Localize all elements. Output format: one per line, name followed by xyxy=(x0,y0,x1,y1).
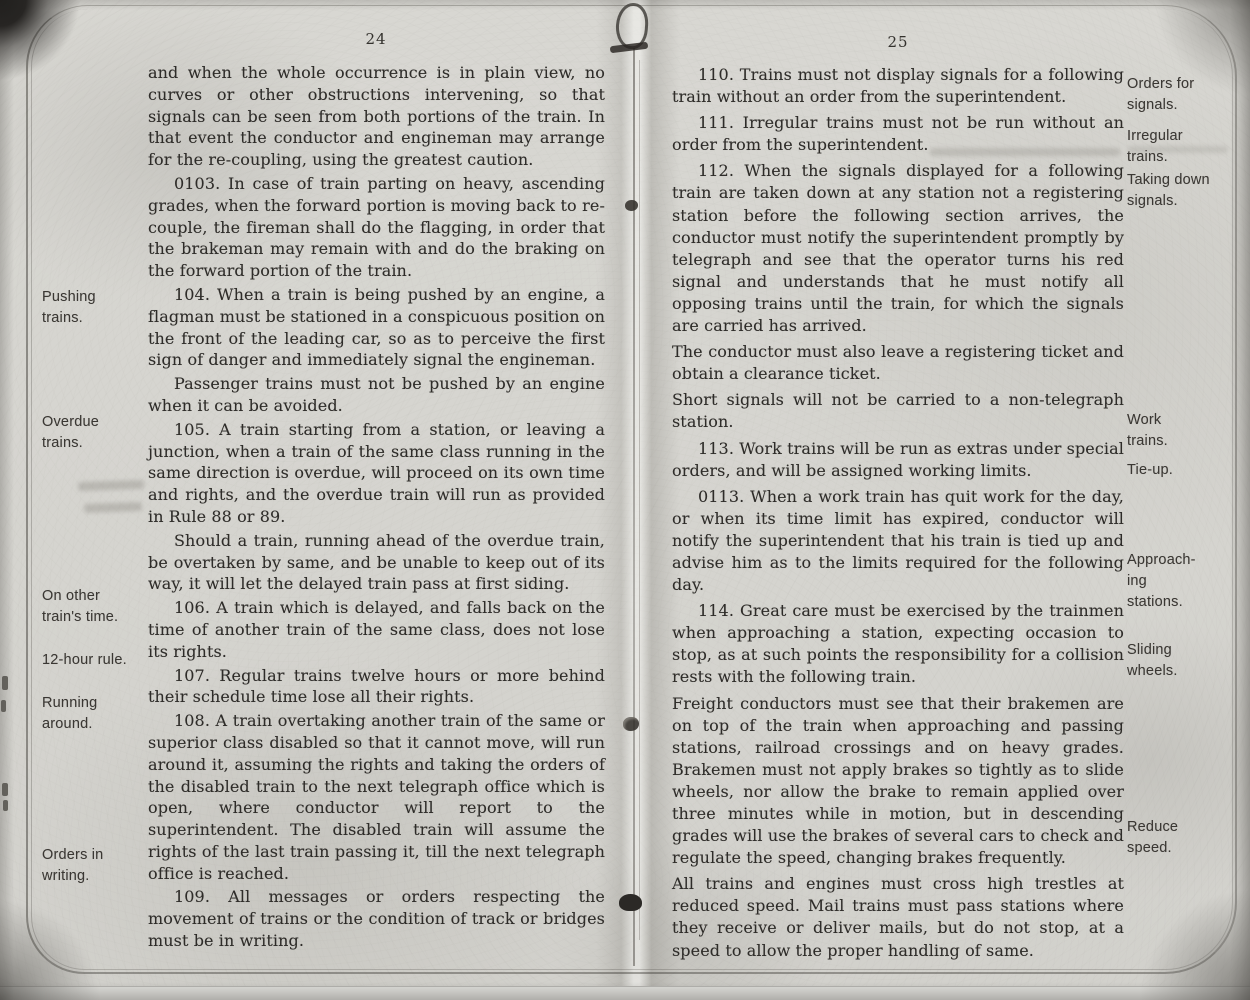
margin-note: Running around. xyxy=(42,693,148,735)
binding-crease-line xyxy=(639,60,640,940)
paragraph: 114. Great care must be exercised by the… xyxy=(672,600,1124,688)
binding-stitch xyxy=(625,200,638,211)
paragraph: 107. Regular trains twelve hours or more… xyxy=(148,665,605,709)
margin-note: Sliding wheels. xyxy=(1127,640,1243,682)
page-25-body: 110. Trains must not display signals for… xyxy=(672,64,1124,966)
paragraph: Freight conductors must see that their b… xyxy=(672,693,1124,870)
binding-crease-line xyxy=(633,48,635,966)
paragraph: 111. Irregular trains must not be run wi… xyxy=(672,112,1124,156)
paragraph: All trains and engines must cross high t… xyxy=(672,873,1124,961)
edge-fragment-mark xyxy=(1,700,6,712)
paragraph: 0113. When a work train has quit work fo… xyxy=(672,486,1124,596)
margin-note: 12-hour rule. xyxy=(42,650,148,671)
paragraph: 110. Trains must not display signals for… xyxy=(672,64,1124,108)
binding-seam xyxy=(596,0,680,1000)
margin-note: Taking down signals. xyxy=(1127,170,1243,212)
page-number-left: 24 xyxy=(148,30,604,48)
margin-note: Irregular trains. xyxy=(1127,126,1243,168)
edge-fragment-mark xyxy=(3,800,8,811)
binding-stitch xyxy=(623,717,639,731)
margin-note: On other train's time. xyxy=(42,586,148,628)
margin-note: Work trains. xyxy=(1127,410,1243,452)
binding-thread-loop xyxy=(614,2,649,50)
binding-thread-knot xyxy=(610,42,649,54)
bleed-through-mark xyxy=(78,480,144,491)
paragraph: 104. When a train is being pushed by an … xyxy=(148,284,605,371)
margin-note: Orders in writing. xyxy=(42,845,148,887)
page-24-body: and when the whole occurrence is in plai… xyxy=(148,62,605,954)
bleed-through-mark xyxy=(84,502,142,513)
edge-fragment-mark xyxy=(2,676,8,690)
paragraph: 112. When the signals displayed for a fo… xyxy=(672,160,1124,337)
margin-note: Tie-up. xyxy=(1127,460,1243,481)
paragraph: 106. A train which is delayed, and falls… xyxy=(148,597,605,662)
paragraph: Short signals will not be carried to a n… xyxy=(672,389,1124,433)
margin-note: Pushing trains. xyxy=(42,287,148,329)
paragraph: Should a train, running ahead of the ove… xyxy=(148,530,605,595)
paragraph: The conductor must also leave a register… xyxy=(672,341,1124,385)
margin-note: Approach- ing stations. xyxy=(1127,550,1243,613)
paragraph: 113. Work trains will be run as extras u… xyxy=(672,438,1124,482)
binding-stitch xyxy=(619,894,642,911)
margin-note: Orders for signals. xyxy=(1127,74,1243,116)
scanner-bed-strip xyxy=(0,986,1250,1000)
paragraph: and when the whole occurrence is in plai… xyxy=(148,62,605,171)
book-scan: 24 and when the whole occurrence is in p… xyxy=(0,0,1250,1000)
margin-note: Overdue trains. xyxy=(42,412,148,454)
paragraph: Passenger trains must not be pushed by a… xyxy=(148,373,605,417)
edge-fragment-mark xyxy=(2,783,8,796)
paragraph: 105. A train starting from a station, or… xyxy=(148,419,605,528)
margin-note: Reduce speed. xyxy=(1127,817,1243,859)
paragraph: 0103. In case of train parting on heavy,… xyxy=(148,173,605,282)
paragraph: 109. All messages or orders respecting t… xyxy=(148,886,605,951)
paragraph: 108. A train overtaking another train of… xyxy=(148,710,605,884)
page-number-right: 25 xyxy=(672,33,1124,51)
